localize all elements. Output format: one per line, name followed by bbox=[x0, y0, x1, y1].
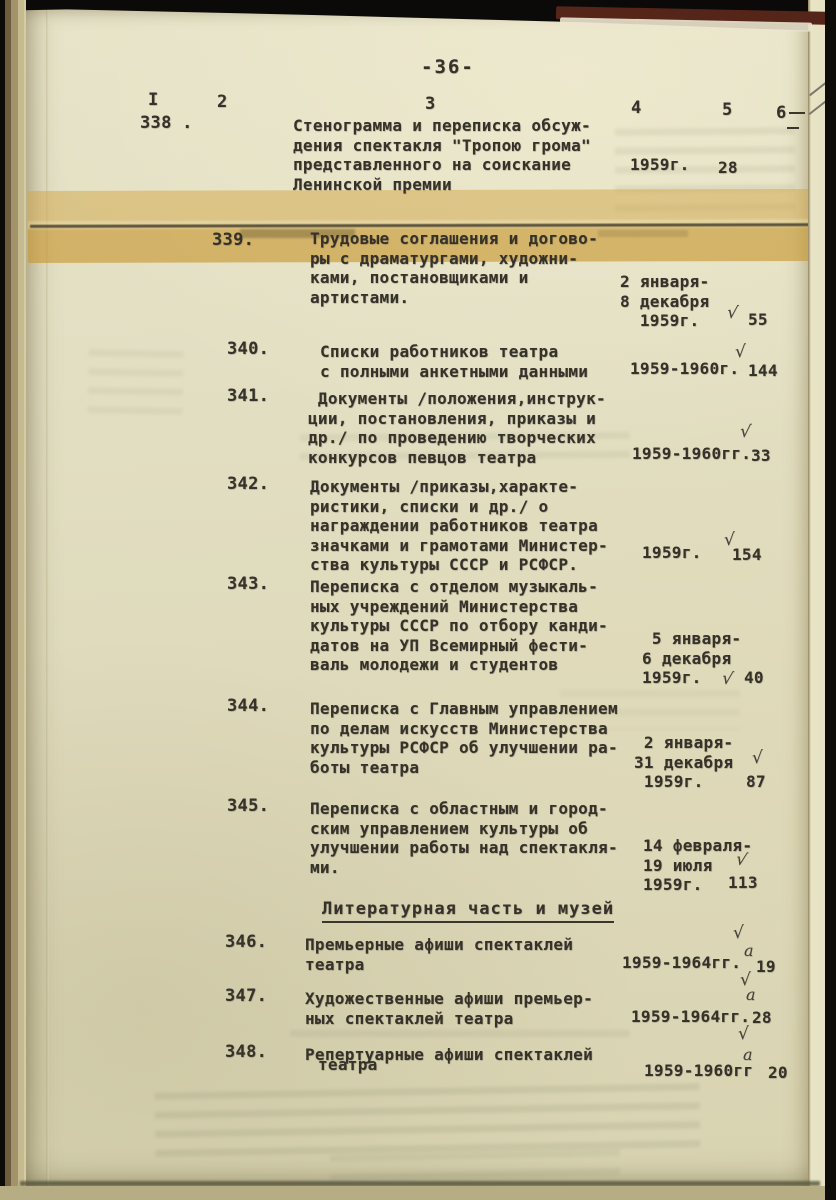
entry-count: 28 bbox=[718, 158, 738, 178]
entry-count: 55 bbox=[748, 310, 768, 330]
column-header-4: 4 bbox=[631, 99, 642, 119]
entry-dates: 1959-1960гг bbox=[644, 1061, 753, 1081]
entry-description: Премьерные афиши спектаклей театра bbox=[305, 935, 573, 974]
entry-count: 40 bbox=[744, 668, 764, 688]
column-header-6: 6 bbox=[776, 104, 787, 124]
check-mark: √ bbox=[733, 923, 744, 943]
entry-description: Стенограмма и переписка обсуж- дения спе… bbox=[293, 116, 591, 194]
entry-description: Переписка с областным и город- ским упра… bbox=[310, 799, 618, 877]
underlying-page-edge bbox=[808, 0, 826, 1200]
entry-number: 339. bbox=[212, 231, 254, 251]
photo-background-right bbox=[825, 0, 836, 1200]
entry-number: 343. bbox=[227, 575, 269, 595]
hidden-text-ghost bbox=[598, 230, 688, 237]
entry-number: 346. bbox=[225, 933, 267, 953]
entry-number: 348. bbox=[225, 1043, 267, 1063]
photo-background-bottom bbox=[0, 1186, 836, 1200]
entry-number: 347. bbox=[225, 987, 267, 1007]
edge-dash bbox=[789, 112, 805, 114]
entry-number: 341. bbox=[227, 387, 269, 407]
entry-dates: 1959г. bbox=[642, 543, 702, 563]
check-mark: √ bbox=[752, 748, 763, 768]
entry-dates: 1959-1964гг. bbox=[631, 1007, 750, 1027]
check-mark: √ bbox=[735, 342, 746, 362]
entry-dates: 1959-1964гг. bbox=[622, 953, 741, 973]
entry-description: Документы /положения,инструк- ции, поста… bbox=[308, 389, 606, 467]
entry-description: Переписка с отделом музыкаль- ных учрежд… bbox=[310, 577, 608, 675]
entry-dates: 2 января- 8 декабря 1959г. bbox=[620, 272, 709, 331]
check-mark: √ bbox=[738, 1024, 749, 1044]
entry-description: Трудовые соглашения и догово- ры с драма… bbox=[310, 229, 598, 307]
entry-count: 113 bbox=[728, 873, 758, 893]
letter-a-mark: а bbox=[743, 1045, 753, 1064]
entry-description: Художественные афиши премьер- ных спекта… bbox=[305, 989, 593, 1028]
entry-number: 340. bbox=[227, 340, 269, 360]
entry-dates: 1959-1960гг. bbox=[632, 444, 751, 464]
column-header-1: I bbox=[148, 91, 159, 111]
entry-count: 87 bbox=[746, 772, 766, 792]
entry-description: Списки работников театра с полными анкет… bbox=[320, 342, 588, 381]
scanned-archive-page: -36- I 2 3 4 5 6 338 . Стенограмма и пер… bbox=[0, 0, 836, 1200]
entry-number: 345. bbox=[227, 797, 269, 817]
entry-number: 338 . bbox=[140, 114, 193, 134]
check-mark: √ bbox=[739, 421, 752, 442]
entry-number: 342. bbox=[227, 475, 269, 495]
bleed-smudge bbox=[87, 349, 183, 426]
entry-count: 19 bbox=[756, 957, 776, 977]
entry-description-overstrike: театра bbox=[318, 1055, 378, 1075]
entry-count: 28 bbox=[752, 1008, 772, 1028]
entry-description: Переписка с Главным управлением по делам… bbox=[310, 699, 618, 777]
entry-dates: 1959г. bbox=[630, 155, 690, 175]
entry-count: 33 bbox=[751, 446, 771, 466]
section-heading: Литературная часть и музей bbox=[322, 900, 614, 923]
check-mark: √ bbox=[724, 530, 735, 550]
entry-count: 144 bbox=[748, 361, 778, 381]
column-header-3: 3 bbox=[425, 95, 436, 115]
edge-dash bbox=[787, 127, 799, 129]
paper-crease bbox=[46, 8, 49, 1186]
letter-a-mark: а bbox=[744, 941, 754, 960]
column-header-5: 5 bbox=[722, 101, 733, 121]
entry-dates: 1959-1960г. bbox=[630, 359, 739, 379]
entry-count: 20 bbox=[768, 1063, 788, 1083]
book-gutter bbox=[0, 0, 26, 1200]
entry-number: 344. bbox=[227, 697, 269, 717]
entry-count: 154 bbox=[732, 545, 762, 565]
column-header-2: 2 bbox=[217, 93, 228, 113]
letter-a-mark: а bbox=[746, 985, 756, 1004]
entry-description: Документы /приказы,характе- ристики, спи… bbox=[310, 477, 608, 575]
page-number: -36- bbox=[421, 58, 475, 78]
entry-dates: 2 января- 31 декабря 1959г. bbox=[634, 733, 733, 792]
